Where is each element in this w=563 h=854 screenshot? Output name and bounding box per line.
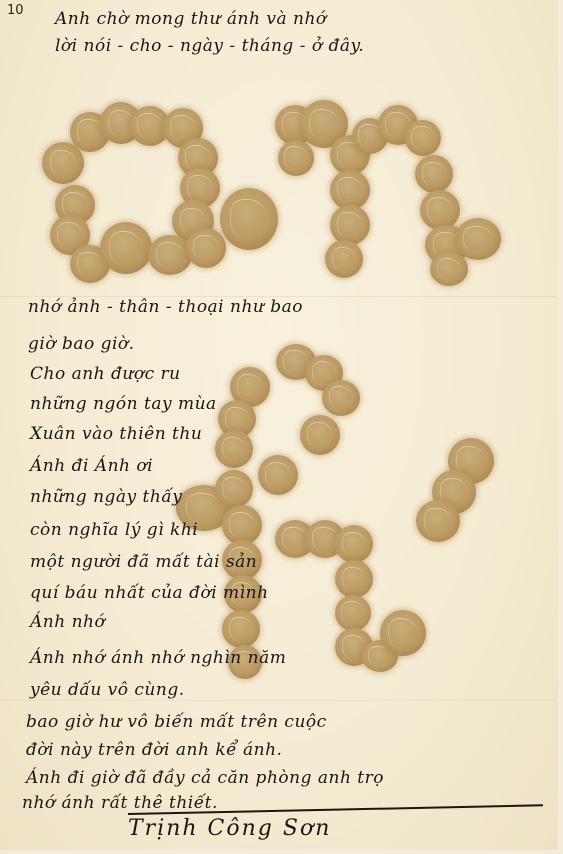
letter-line: Xuân vào thiên thu bbox=[30, 424, 202, 444]
letter-line: Ánh đi Ánh ơi bbox=[30, 456, 153, 476]
letter-line: nhớ ánh rất thê thiết. bbox=[22, 793, 218, 813]
letter-line: Anh chờ mong thư ánh và nhớ bbox=[55, 9, 327, 29]
letter-line: Ánh nhớ ánh nhớ nghìn năm bbox=[30, 648, 286, 668]
letter-line: còn nghĩa lý gì khi bbox=[30, 520, 198, 540]
letter-line: Ánh đi giờ đã đầy cả căn phòng anh trọ bbox=[26, 768, 384, 788]
letter-line: nhớ ảnh - thân - thoại như bao bbox=[28, 297, 303, 317]
letter-line: đời này trên đời anh kể ánh. bbox=[26, 740, 282, 760]
letter-line: một người đã mất tài sản bbox=[30, 552, 257, 572]
letter-line: bao giờ hư vô biến mất trên cuộc bbox=[26, 712, 327, 732]
letter-line: những ngón tay mùa bbox=[30, 394, 217, 414]
page-number: 10 bbox=[7, 3, 24, 18]
letter-line: Cho anh được ru bbox=[30, 364, 181, 384]
letter-page: 10 bbox=[0, 0, 558, 850]
signature: Trịnh Công Sơn bbox=[128, 816, 331, 841]
letter-line: những ngày thấy bbox=[30, 487, 182, 507]
letter-line: quí báu nhất của đời mình bbox=[30, 583, 269, 603]
letter-line: Ánh nhớ bbox=[30, 612, 105, 632]
letter-line: yêu dấu vô cùng. bbox=[30, 680, 185, 700]
paper-fold bbox=[0, 700, 558, 702]
letter-line: giờ bao giờ. bbox=[28, 334, 135, 354]
letter-line: lời nói - cho - ngày - tháng - ở đây. bbox=[55, 36, 364, 56]
